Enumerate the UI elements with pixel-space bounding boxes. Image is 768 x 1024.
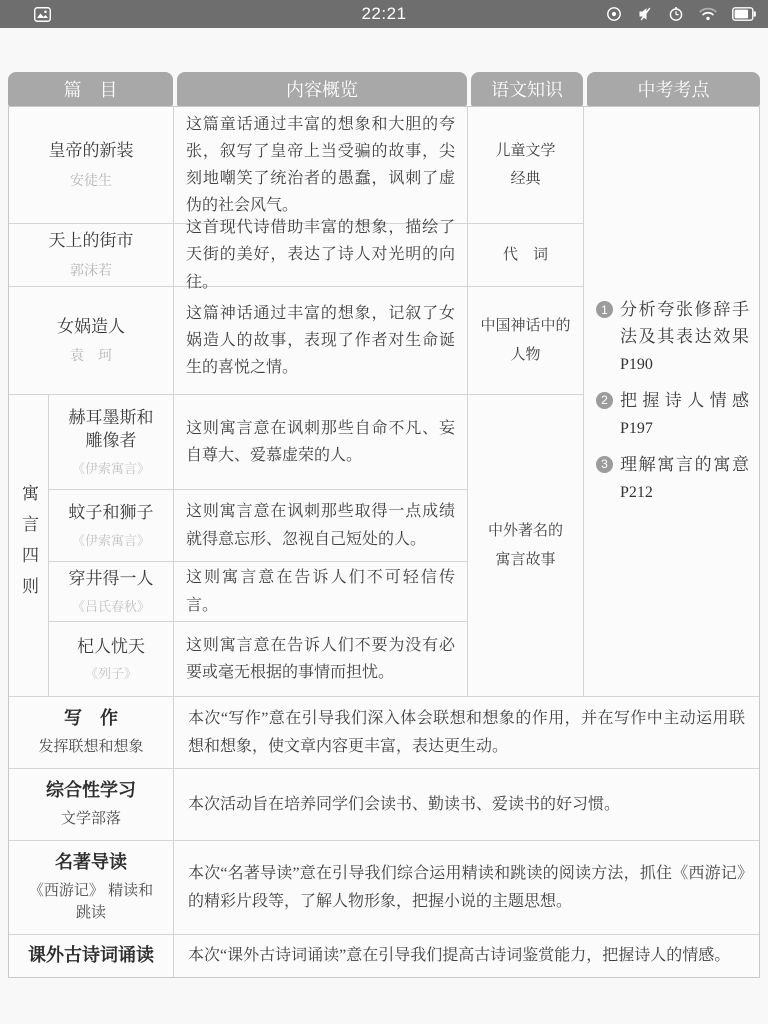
numbered-bullet-icon: 3 (596, 456, 613, 473)
header-cell-titles: 篇 目 (8, 72, 173, 106)
section-body-cell: 本次活动旨在培养同学们会读书、勤读书、爱读书的好习惯。 (174, 769, 759, 841)
lesson-summary: 这篇童话通过丰富的想象和大胆的夸张，叙写了皇帝上当受骗的故事，尖刻地嘲笑了统治者… (186, 111, 455, 220)
section-title: 综合性学习 (46, 779, 136, 802)
section-body-cell: 本次“课外古诗词诵读”意在引导我们提高古诗词鉴赏能力，把握诗人的情感。 (174, 935, 759, 977)
lesson-title-cell: 女娲造人 袁 珂 (9, 287, 174, 395)
mute-icon (637, 6, 653, 22)
section-body-cell: 本次“写作”意在引导我们深入体会联想和想象的作用，并在写作中主动运用联想和想象，… (174, 697, 759, 769)
exam-point-text: 把握诗人情感 (620, 388, 749, 414)
table-header-row: 篇 目 内容概览 语文知识 中考考点 (8, 72, 760, 106)
header-cell-exam-points: 中考考点 (587, 72, 760, 106)
fable-source: 《伊索寓言》 (72, 530, 150, 549)
header-cell-overview: 内容概览 (177, 72, 467, 106)
lesson-title: 皇帝的新装 (49, 140, 134, 163)
section-subtitle: 发挥联想和想象 (38, 736, 143, 758)
exam-point-text: 分析夸张修辞手法及其表达效果 (620, 297, 749, 350)
knowledge-line: 人物 (510, 341, 540, 370)
lesson-author: 安徒生 (70, 170, 112, 190)
screenshot-icon (34, 7, 51, 22)
section-body: 本次“名著导读”意在引导我们综合运用精读和跳读的阅读方法，抓住《西游记》的精彩片… (188, 860, 745, 914)
fable-summary: 这则寓言意在讽刺那些自命不凡、妄自尊大、爱慕虚荣的人。 (186, 415, 455, 469)
fable-knowledge-cell: 中外著名的 寓言故事 (468, 395, 584, 697)
fable-summary-cell: 这则寓言意在告诉人们不可轻信传言。 (174, 562, 468, 622)
knowledge-line: 中国神话中的 (480, 312, 570, 341)
book-page: 篇 目 内容概览 语文知识 中考考点 皇帝的新装 安徒生 这篇童话通过丰富的想象… (8, 72, 760, 978)
knowledge-line: 代 词 (503, 241, 548, 270)
battery-icon (732, 7, 756, 21)
lesson-author: 袁 珂 (70, 345, 112, 365)
section-body: 本次“写作”意在引导我们深入体会联想和想象的作用，并在写作中主动运用联想和想象，… (188, 705, 745, 759)
fable-source: 《伊索寓言》 (72, 458, 150, 477)
section-body: 本次“课外古诗词诵读”意在引导我们提高古诗词鉴赏能力，把握诗人的情感。 (188, 942, 730, 969)
fable-title-cell: 杞人忧天 《列子》 (49, 622, 174, 697)
fable-title-cell: 蚊子和狮子 《伊索寓言》 (49, 490, 174, 562)
fable-title-cell: 穿井得一人 《吕氏春秋》 (49, 562, 174, 622)
fable-title: 蚊子和狮子 (69, 502, 154, 525)
section-subtitle: 《西游记》 精读和跳读 (25, 880, 157, 924)
exam-point: 1 分析夸张修辞手法及其表达效果 P190 (596, 297, 749, 377)
fable-group-label-cell: 寓言四则 (9, 395, 49, 697)
lesson-title: 女娲造人 (57, 316, 125, 339)
exam-points-cell: 1 分析夸张修辞手法及其表达效果 P190 2 把握诗人情感 P197 3 理解… (584, 107, 759, 697)
fable-title: 杞人忧天 (77, 636, 145, 659)
lesson-title-cell: 皇帝的新装 安徒生 (9, 107, 174, 224)
lesson-author: 郭沫若 (70, 260, 112, 280)
fable-summary-cell: 这则寓言意在讽刺那些取得一点成绩就得意忘形、忽视自己短处的人。 (174, 490, 468, 562)
lesson-knowledge-cell: 代 词 (468, 224, 584, 287)
section-title: 名著导读 (55, 851, 127, 874)
alarm-icon (668, 6, 684, 22)
fable-title-cell: 赫耳墨斯和雕像者 《伊索寓言》 (49, 395, 174, 490)
section-body: 本次活动旨在培养同学们会读书、勤读书、爱读书的好习惯。 (188, 791, 620, 818)
status-bar-right (606, 6, 756, 22)
table-body: 皇帝的新装 安徒生 这篇童话通过丰富的想象和大胆的夸张，叙写了皇帝上当受骗的故事… (8, 106, 760, 978)
exam-point-page: P190 (620, 352, 749, 378)
section-subtitle: 文学部落 (61, 808, 121, 830)
knowledge-line: 中外著名的 (488, 517, 563, 546)
lesson-summary-cell: 这首现代诗借助丰富的想象，描绘了天街的美好，表达了诗人对光明的向往。 (174, 224, 468, 287)
numbered-bullet-icon: 1 (596, 301, 613, 318)
lesson-knowledge-cell: 中国神话中的 人物 (468, 287, 584, 395)
fable-source: 《列子》 (85, 663, 137, 682)
section-title: 课外古诗词诵读 (28, 944, 154, 967)
lesson-summary: 这篇神话通过丰富的想象，记叙了女娲造人的故事，表现了作者对生命诞生的喜悦之情。 (186, 300, 455, 382)
status-time: 22:21 (361, 4, 406, 24)
knowledge-line: 寓言故事 (495, 546, 555, 575)
header-cell-knowledge: 语文知识 (471, 72, 583, 106)
lesson-summary-cell: 这篇神话通过丰富的想象，记叙了女娲造人的故事，表现了作者对生命诞生的喜悦之情。 (174, 287, 468, 395)
exam-point: 3 理解寓言的寓意 P212 (596, 452, 749, 506)
fable-summary-cell: 这则寓言意在告诉人们不要为没有必要或毫无根据的事情而担忧。 (174, 622, 468, 697)
exam-point-page: P197 (620, 416, 749, 442)
status-bar: 22:21 (0, 0, 768, 28)
wifi-icon (699, 7, 717, 21)
section-body-cell: 本次“名著导读”意在引导我们综合运用精读和跳读的阅读方法，抓住《西游记》的精彩片… (174, 841, 759, 935)
fable-title: 赫耳墨斯和雕像者 (63, 407, 159, 453)
lesson-summary-cell: 这篇童话通过丰富的想象和大胆的夸张，叙写了皇帝上当受骗的故事，尖刻地嘲笑了统治者… (174, 107, 468, 224)
numbered-bullet-icon: 2 (596, 392, 613, 409)
status-bar-left (34, 7, 51, 22)
exam-point-page: P212 (620, 480, 749, 506)
section-title-cell: 课外古诗词诵读 (9, 935, 174, 977)
fable-summary: 这则寓言意在讽刺那些取得一点成绩就得意忘形、忽视自己短处的人。 (186, 498, 455, 552)
lesson-title: 天上的街市 (49, 230, 134, 253)
fable-group-label: 寓言四则 (16, 484, 41, 608)
section-title-cell: 写 作 发挥联想和想象 (9, 697, 174, 769)
section-title: 写 作 (64, 707, 118, 730)
section-title-cell: 名著导读 《西游记》 精读和跳读 (9, 841, 174, 935)
fable-source: 《吕氏春秋》 (72, 596, 150, 615)
fable-summary-cell: 这则寓言意在讽刺那些自命不凡、妄自尊大、爱慕虚荣的人。 (174, 395, 468, 490)
lesson-title-cell: 天上的街市 郭沫若 (9, 224, 174, 287)
fable-title: 穿井得一人 (69, 568, 154, 591)
exam-point: 2 把握诗人情感 P197 (596, 388, 749, 442)
fable-summary: 这则寓言意在告诉人们不可轻信传言。 (186, 564, 455, 618)
knowledge-line: 经典 (510, 165, 540, 194)
knowledge-line: 儿童文学 (495, 137, 555, 166)
section-title-cell: 综合性学习 文学部落 (9, 769, 174, 841)
exam-point-text: 理解寓言的寓意 (620, 452, 749, 478)
lesson-knowledge-cell: 儿童文学 经典 (468, 107, 584, 224)
lesson-summary: 这首现代诗借助丰富的想象，描绘了天街的美好，表达了诗人对光明的向往。 (186, 214, 455, 296)
eye-protection-icon (606, 6, 622, 22)
fable-summary: 这则寓言意在告诉人们不要为没有必要或毫无根据的事情而担忧。 (186, 632, 455, 686)
